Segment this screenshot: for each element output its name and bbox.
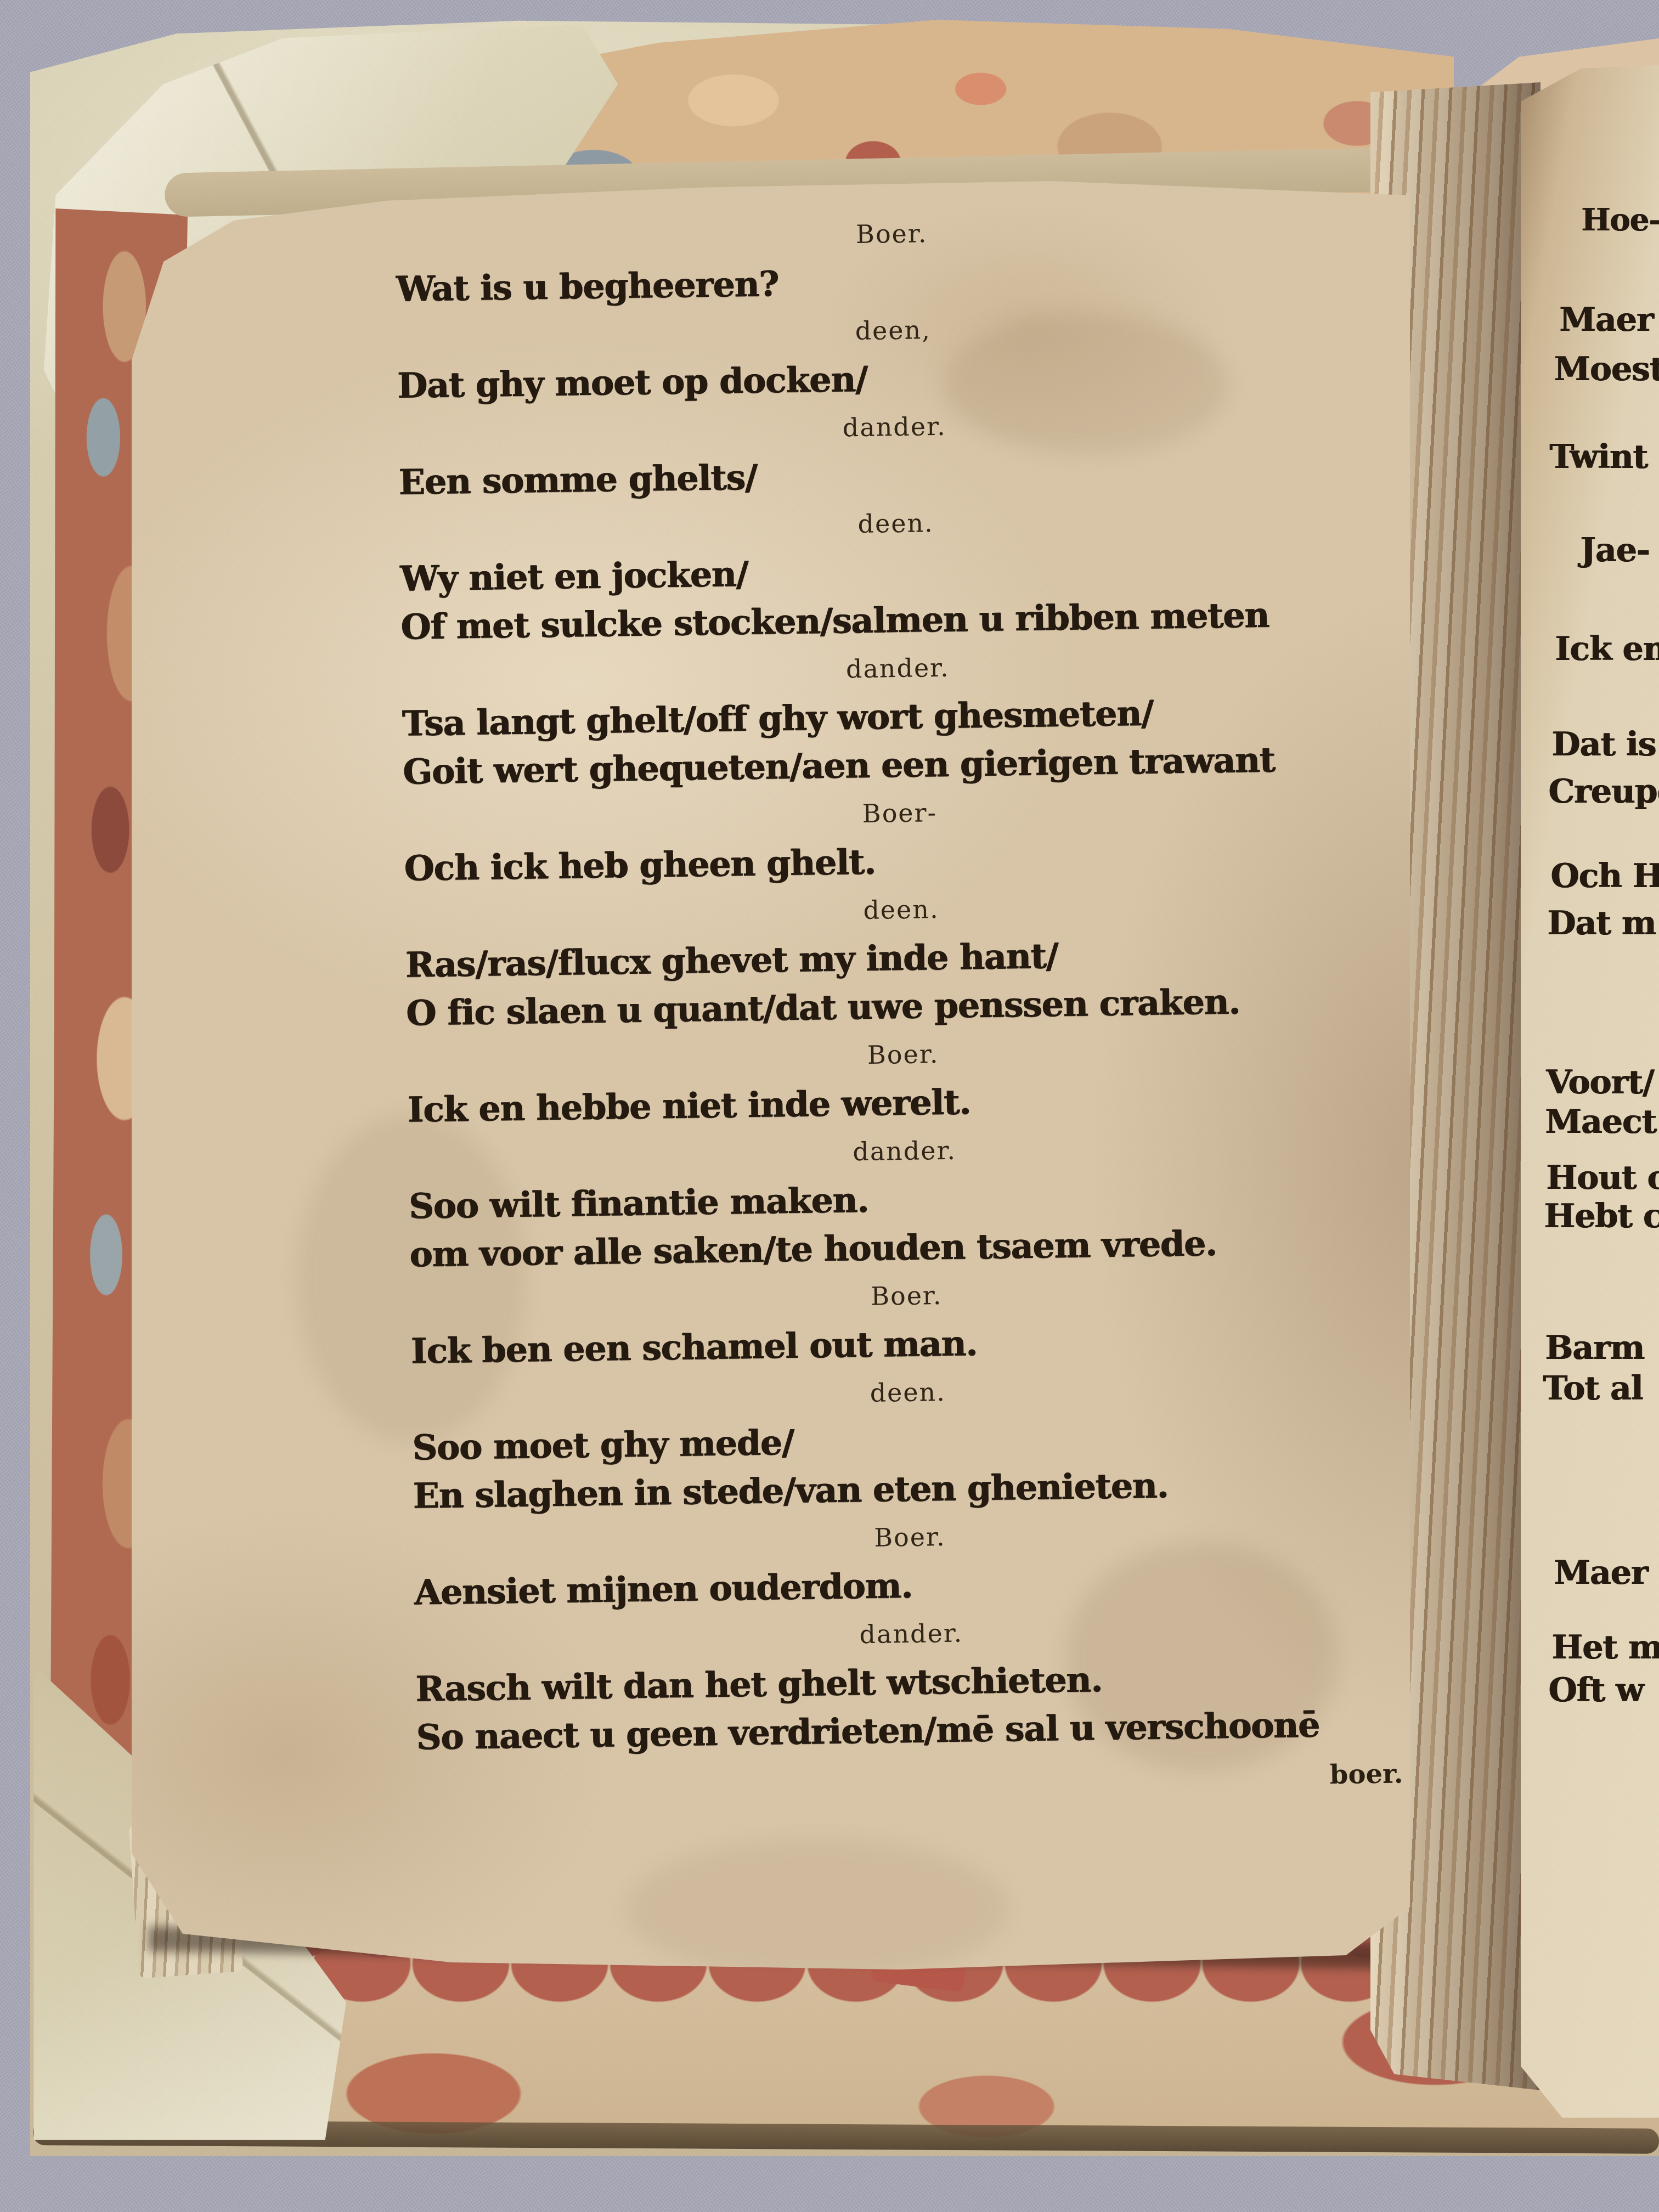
dialogue-text-block: Boer. Wat is u begheeren? deen, Dat ghy … xyxy=(395,203,1410,1814)
cut-verse-fragment: Tot al xyxy=(1543,1369,1643,1408)
cut-verse-fragment: Maect xyxy=(1545,1103,1656,1141)
right-page: Hoe-ve Maer Moest Twint Jae- Ick en Dat … xyxy=(1521,60,1659,2118)
cut-verse-fragment: Hebt c xyxy=(1544,1197,1659,1235)
left-page: Boer. Wat is u begheeren? deen, Dat ghy … xyxy=(132,181,1410,1970)
cut-verse-fragment: Voort/ xyxy=(1546,1063,1654,1102)
cut-verse-fragment: Dat m xyxy=(1547,904,1656,943)
cut-verse-fragment: Dat is xyxy=(1551,725,1656,764)
cut-verse-fragment: Hout o xyxy=(1546,1159,1659,1197)
cut-verse-fragment: Barm xyxy=(1545,1329,1644,1367)
cut-verse-fragment: Maer xyxy=(1559,301,1653,339)
cut-verse-fragment: Moest xyxy=(1554,350,1659,388)
cut-verse-fragment: Ick en xyxy=(1555,630,1659,668)
paper-stain xyxy=(625,1838,1009,1980)
cut-verse-fragment: Creupe xyxy=(1548,772,1659,811)
cut-verse-fragment: Jae- xyxy=(1580,531,1649,569)
right-page-header-fragment: Hoe-ve xyxy=(1581,202,1659,238)
cut-verse-fragment: Maer xyxy=(1554,1554,1647,1592)
cut-verse-fragment: Oft w xyxy=(1548,1671,1643,1709)
cut-verse-fragment: Och H xyxy=(1550,857,1659,895)
cut-verse-fragment: Het m xyxy=(1551,1628,1659,1667)
cut-verse-fragment: Twint xyxy=(1549,438,1647,476)
